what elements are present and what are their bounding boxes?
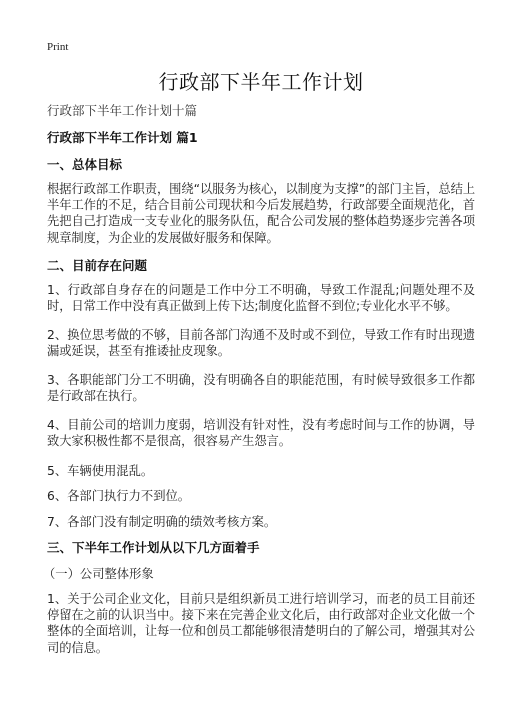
section-heading-1: 一、总体目标 bbox=[47, 155, 122, 173]
section-heading-2: 二、目前存在问题 bbox=[47, 256, 147, 274]
document-subtitle: 行政部下半年工作计划十篇 bbox=[47, 101, 197, 119]
problem-item-6: 6、各部门执行力不到位。 bbox=[47, 486, 190, 504]
problem-item-5: 5、车辆使用混乱。 bbox=[47, 461, 153, 479]
section-1-paragraph: 根据行政部工作职责，围绕“以服务为核心，以制度为支撑”的部门主旨，总结上半年工作… bbox=[47, 181, 475, 246]
problem-item-3: 3、各职能部门分工不明确，没有明确各自的职能范围，有时候导致很多工作都是行政部在… bbox=[47, 372, 475, 404]
problem-item-2: 2、换位思考做的不够，目前各部门沟通不及时或不到位，导致工作有时出现遗漏或延误，… bbox=[47, 327, 475, 359]
article-heading: 行政部下半年工作计划 篇1 bbox=[47, 128, 198, 146]
print-label: Print bbox=[47, 41, 68, 53]
section-heading-3: 三、下半年工作计划从以下几方面着手 bbox=[47, 538, 260, 556]
subsection-heading: （一）公司整体形象 bbox=[43, 564, 154, 582]
plan-item-1: 1、关于公司企业文化，目前只是组织新员工进行培训学习，而老的员工目前还停留在之前… bbox=[47, 591, 475, 656]
problem-item-4: 4、目前公司的培训力度弱，培训没有针对性，没有考虑时间与工作的协调，导致大家积极… bbox=[47, 417, 475, 449]
problem-item-1: 1、行政部自身存在的问题是工作中分工不明确，导致工作混乱;问题处理不及时，日常工… bbox=[47, 282, 475, 314]
document-title: 行政部下半年工作计划 bbox=[47, 66, 475, 95]
problem-item-7: 7、各部门没有制定明确的绩效考核方案。 bbox=[47, 512, 276, 530]
